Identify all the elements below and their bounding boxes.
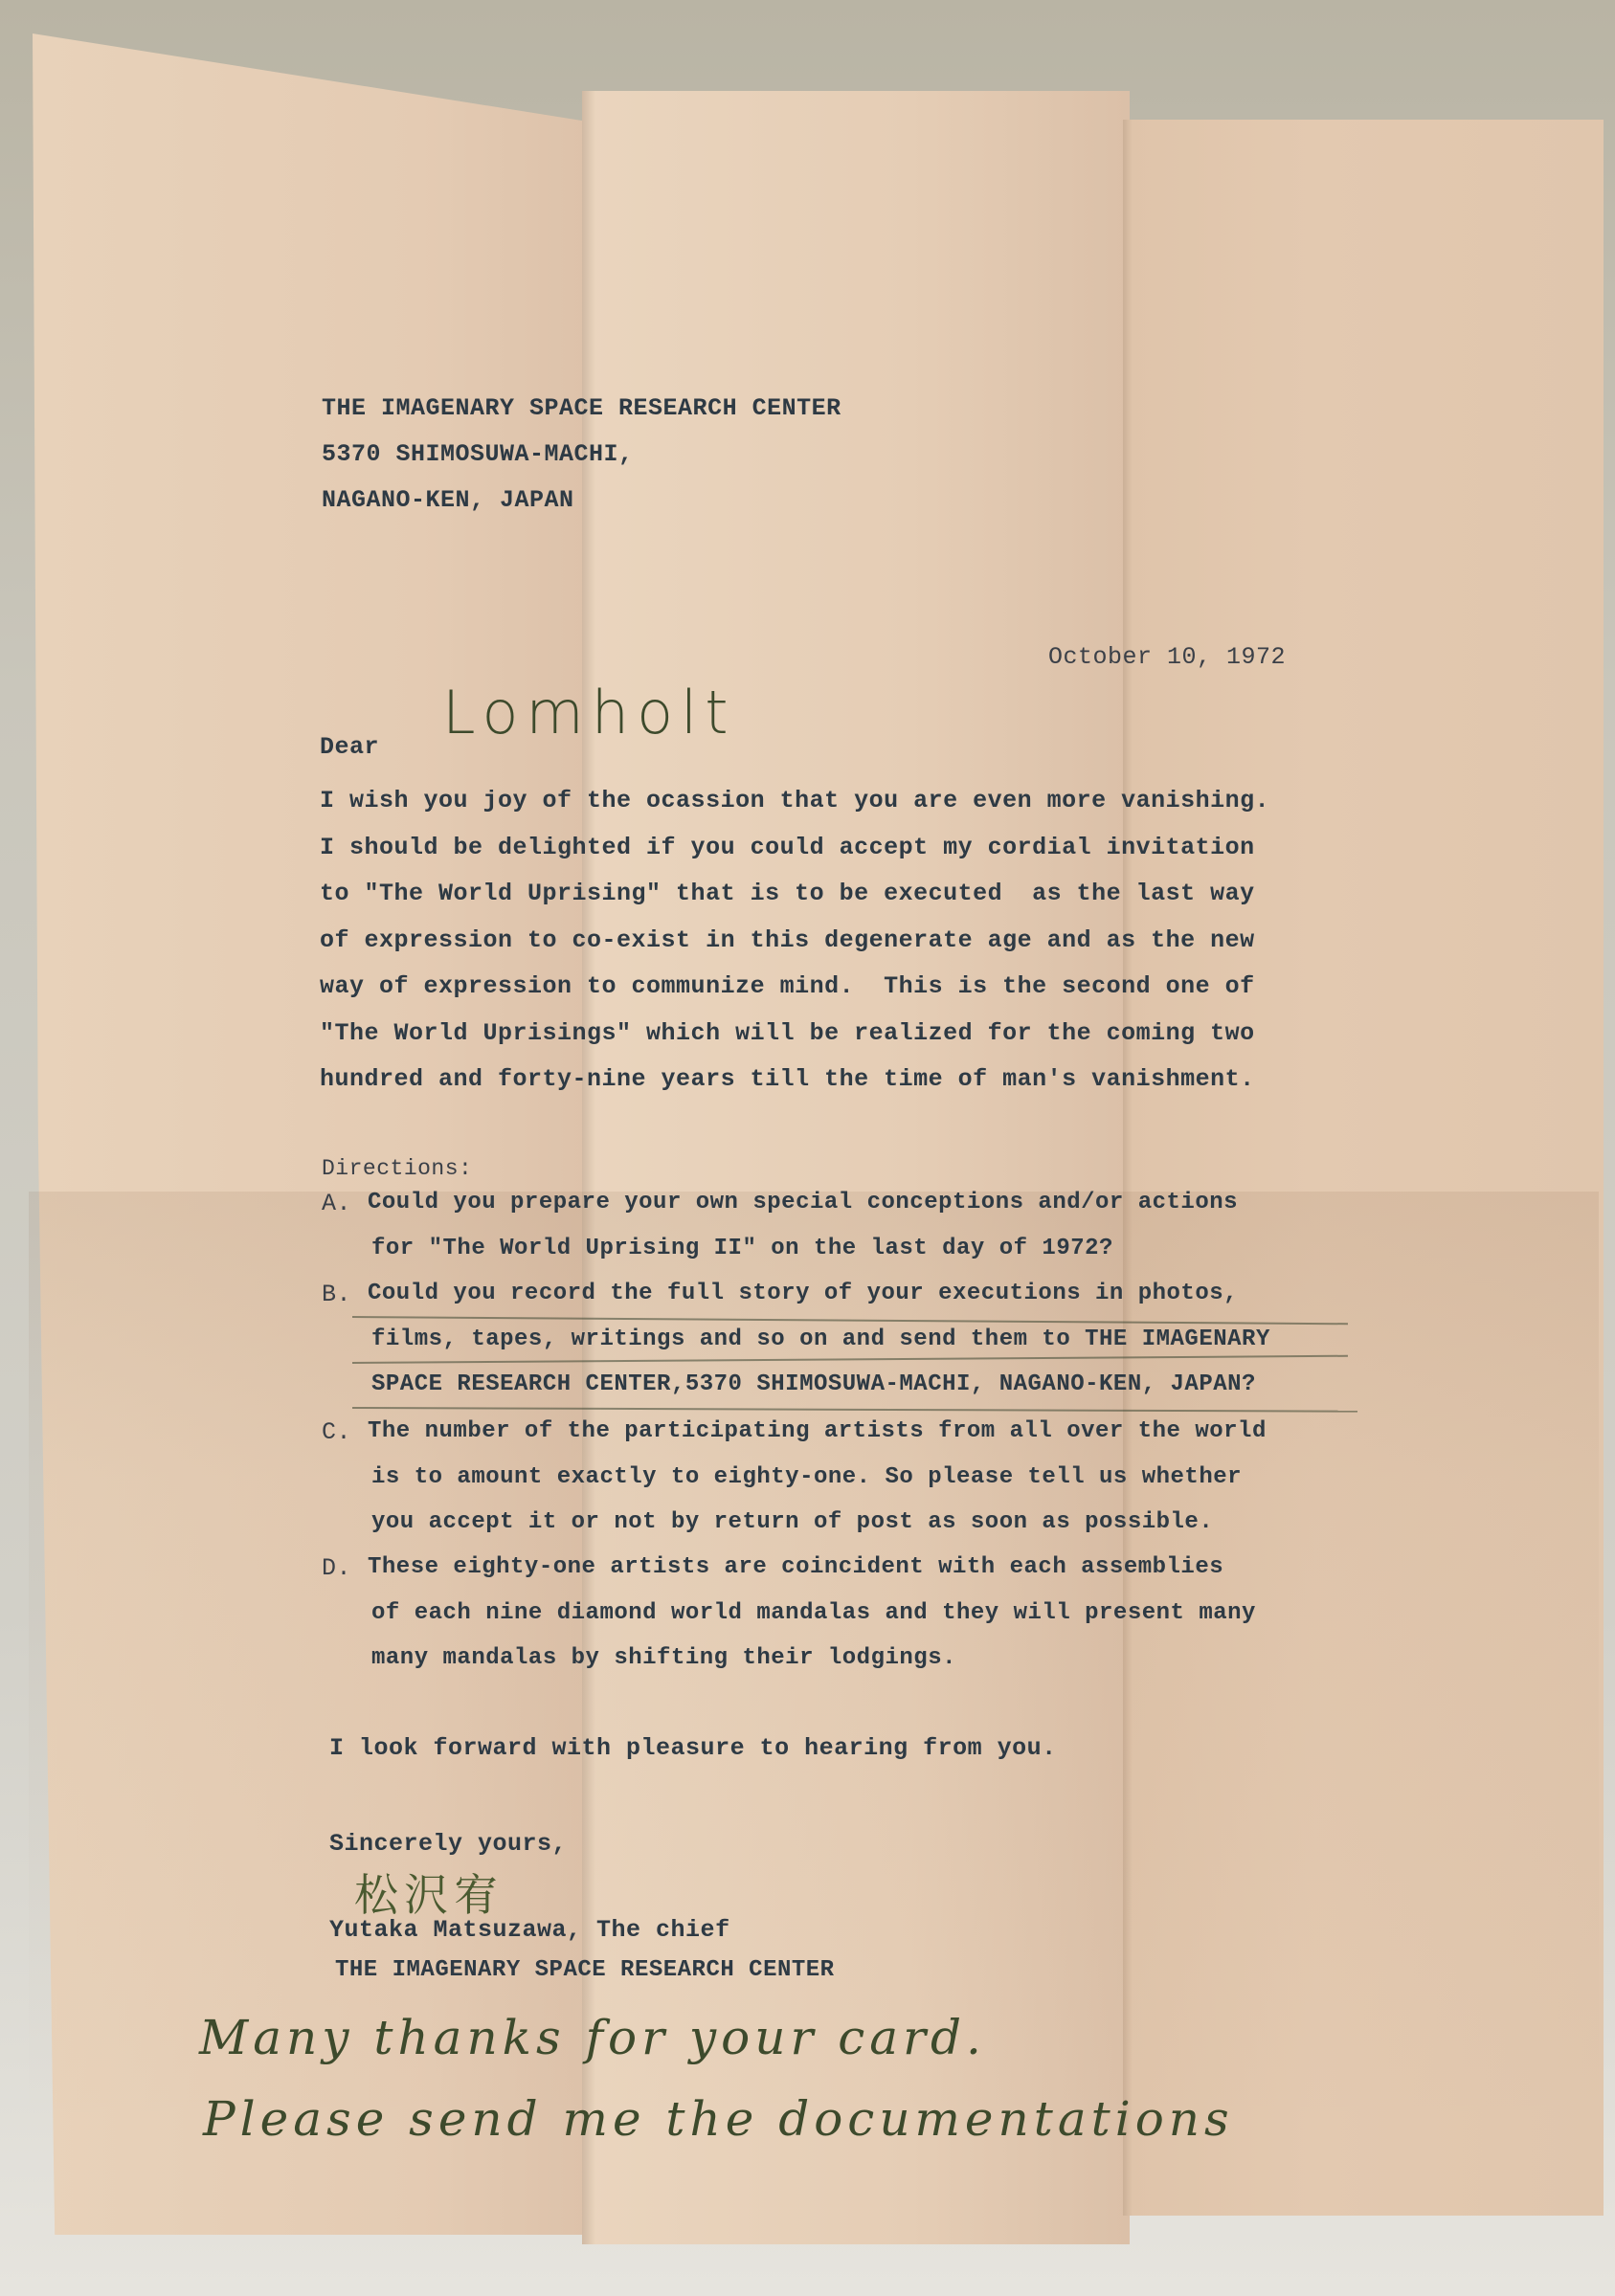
paper-panel-left: [33, 33, 588, 2235]
fold-crease-right: [1123, 120, 1133, 2216]
direction-line: many mandalas by shifting their lodgings…: [371, 1645, 956, 1671]
direction-line: films, tapes, writings and so on and sen…: [371, 1326, 1270, 1352]
direction-marker: A.: [322, 1190, 351, 1217]
salutation: Dear: [320, 733, 379, 761]
body-line: I wish you joy of the ocassion that you …: [320, 787, 1269, 814]
body-line: "The World Uprisings" which will be real…: [320, 1019, 1255, 1047]
handwritten-note-line-2: Please send me the documentations: [203, 2091, 1234, 2147]
paper-panel-right: [1123, 120, 1604, 2216]
signer-organization: THE IMAGENARY SPACE RESEARCH CENTER: [335, 1957, 835, 1983]
directions-heading: Directions:: [322, 1156, 472, 1181]
direction-line: SPACE RESEARCH CENTER,5370 SHIMOSUWA-MAC…: [371, 1371, 1256, 1397]
closing-line: I look forward with pleasure to hearing …: [329, 1734, 1057, 1762]
direction-line: Could you prepare your own special conce…: [368, 1190, 1238, 1215]
letterhead-line-2: 5370 SHIMOSUWA-MACHI,: [322, 440, 634, 468]
handwritten-recipient-name: Lomholt: [442, 678, 736, 747]
body-line: of expression to co-exist in this degene…: [320, 926, 1255, 954]
body-line: hundred and forty-nine years till the ti…: [320, 1065, 1255, 1093]
direction-line: is to amount exactly to eighty-one. So p…: [371, 1464, 1242, 1490]
direction-line: for "The World Uprising II" on the last …: [371, 1236, 1113, 1261]
direction-marker: B.: [322, 1281, 351, 1308]
direction-line: of each nine diamond world mandalas and …: [371, 1600, 1256, 1626]
body-line: I should be delighted if you could accep…: [320, 834, 1255, 861]
direction-marker: D.: [322, 1554, 351, 1582]
letterhead-line-1: THE IMAGENARY SPACE RESEARCH CENTER: [322, 394, 841, 422]
signoff: Sincerely yours,: [329, 1830, 567, 1858]
direction-line: The number of the participating artists …: [368, 1418, 1267, 1444]
letterhead-line-3: NAGANO-KEN, JAPAN: [322, 486, 574, 514]
body-line: to "The World Uprising" that is to be ex…: [320, 880, 1255, 907]
direction-line: These eighty-one artists are coincident …: [368, 1554, 1223, 1580]
direction-marker: C.: [322, 1418, 351, 1446]
signer-name: Yutaka Matsuzawa, The chief: [329, 1916, 730, 1944]
signature-kanji: 松沢宥: [354, 1861, 504, 1924]
body-line: way of expression to communize mind. Thi…: [320, 972, 1255, 1000]
letter-paper: [29, 33, 1599, 2235]
direction-line: you accept it or not by return of post a…: [371, 1509, 1213, 1535]
letter-date: October 10, 1972: [1048, 643, 1286, 671]
handwritten-note-line-1: Many thanks for your card.: [199, 2010, 986, 2065]
direction-line: Could you record the full story of your …: [368, 1281, 1238, 1306]
